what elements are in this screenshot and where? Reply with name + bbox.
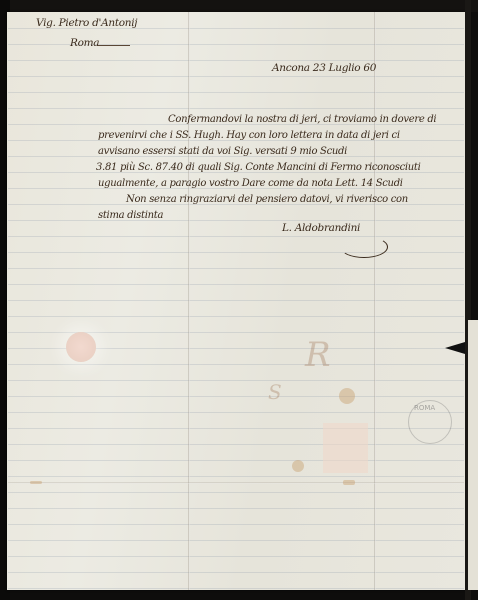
stain <box>292 460 304 472</box>
ruled-line <box>8 412 464 413</box>
paper-edge-strip <box>468 320 478 590</box>
paper-tear-mark <box>445 342 465 354</box>
vertical-fold <box>374 12 376 590</box>
ruled-line <box>8 252 464 253</box>
ruled-line <box>8 508 464 509</box>
ruled-line <box>8 396 464 397</box>
ruled-line <box>8 588 464 589</box>
ruled-line <box>8 428 464 429</box>
ruled-line <box>8 268 464 269</box>
vertical-fold <box>188 12 190 590</box>
body-line-7: stima distinta <box>98 210 163 221</box>
signature: L. Aldobrandini <box>282 222 360 234</box>
underline-flourish <box>98 45 130 46</box>
ruled-line <box>8 316 464 317</box>
body-line-2: prevenirvi che i SS. Hugh. Hay con loro … <box>98 130 400 141</box>
ruled-line <box>8 236 464 237</box>
stamp-remnant <box>323 423 368 473</box>
body-line-5: ugualmente, a paragio vostro Dare come d… <box>98 178 403 189</box>
stain <box>339 388 355 404</box>
ruled-line <box>8 524 464 525</box>
horizontal-fold <box>8 482 464 484</box>
body-line-6: Non senza ringraziarvi del pensiero dato… <box>126 194 408 205</box>
ruled-line <box>8 220 464 221</box>
signature-flourish <box>340 236 388 258</box>
letter-sheet <box>7 12 469 590</box>
body-line-1: Confermandovi la nostra di jeri, ci trov… <box>168 114 436 125</box>
scan-background-top <box>0 0 478 12</box>
ruled-line <box>8 92 464 93</box>
ruled-line <box>8 444 464 445</box>
ruled-line <box>8 380 464 381</box>
dateline: Ancona 23 Luglio 60 <box>272 62 376 74</box>
ruled-line <box>8 476 464 477</box>
ruled-line <box>8 76 464 77</box>
ruled-line <box>8 364 464 365</box>
body-line-4: 3.81 più Sc. 87.40 di quali Sig. Conte M… <box>96 162 421 173</box>
addressee-name: Vig. Pietro d'Antonij <box>36 17 137 29</box>
ruled-line <box>8 572 464 573</box>
ruled-line <box>8 284 464 285</box>
stain <box>343 480 355 485</box>
wax-seal-mark <box>66 332 96 362</box>
ruled-line <box>8 460 464 461</box>
postmark-text: ROMA <box>414 404 435 412</box>
ruled-line <box>8 108 464 109</box>
ruled-line <box>8 556 464 557</box>
bleed-through-script: R <box>305 335 331 375</box>
addressee-city: Roma <box>70 37 99 49</box>
ruled-line <box>8 60 464 61</box>
ruled-line <box>8 492 464 493</box>
stain <box>30 481 42 484</box>
ruled-line <box>8 540 464 541</box>
bleed-through-script: S <box>268 380 282 404</box>
ruled-line <box>8 300 464 301</box>
body-line-3: avvisano essersi stati da voi Sig. versa… <box>98 146 347 157</box>
